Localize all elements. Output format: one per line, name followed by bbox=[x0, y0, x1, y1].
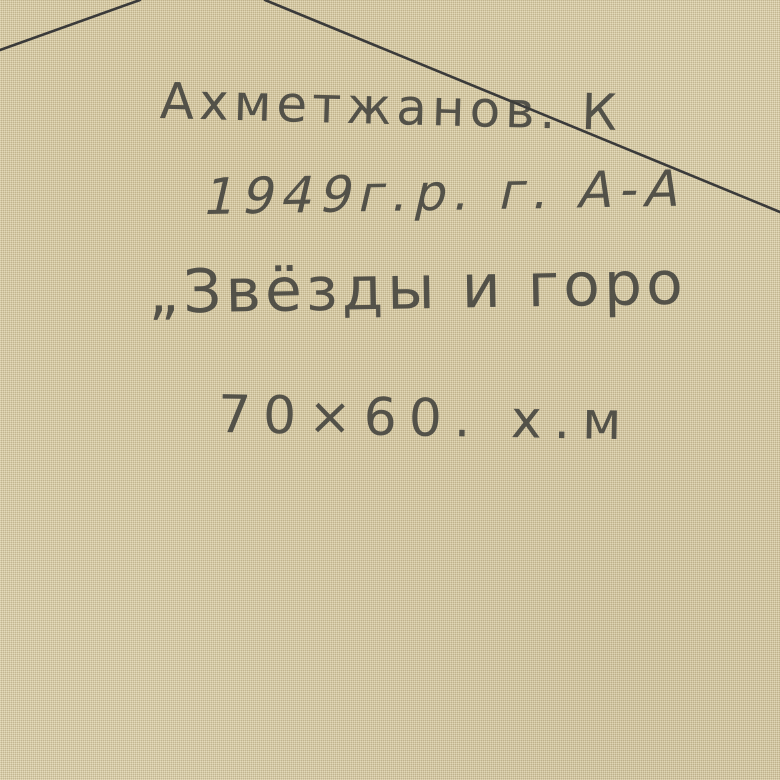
inscription-artist-name: Ахметжанов. К bbox=[159, 72, 622, 142]
canvas-back-photo: Ахметжанов. К 1949г.р. г. А-А „Звёзды и … bbox=[0, 0, 780, 780]
wire-segment-left bbox=[0, 0, 140, 50]
inscription-birth-place: 1949г.р. г. А-А bbox=[198, 159, 694, 226]
inscription-dimensions-medium: 70×60. х.м bbox=[217, 385, 633, 452]
inscription-title: „Звёзды и горо bbox=[147, 249, 687, 328]
